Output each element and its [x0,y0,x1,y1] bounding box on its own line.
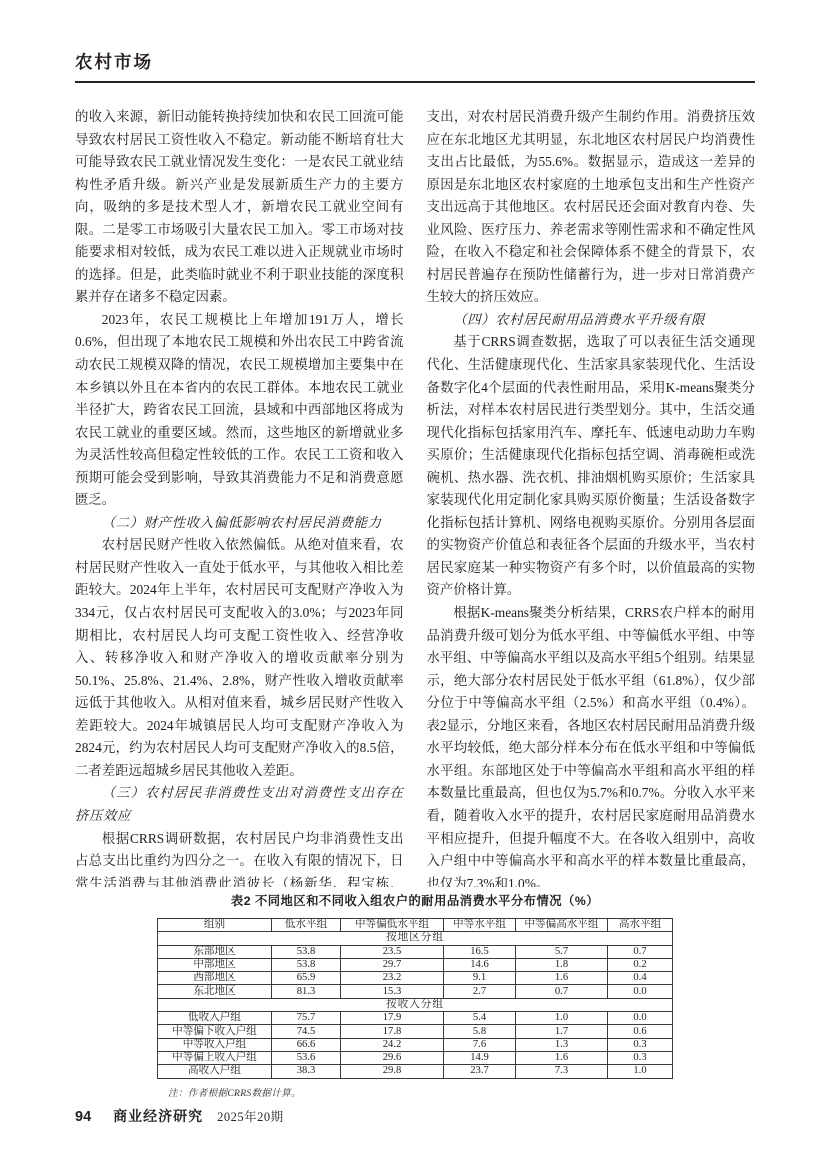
table-cell: 0.7 [608,945,673,958]
table-cell: 24.2 [341,1038,444,1051]
table-cell: 1.8 [516,958,608,971]
left-text-column: 的收入来源，新旧动能转换持续加快和农民工回流可能导致农村居民工资性收入不稳定。新… [75,106,404,887]
table-header-row: 组别低水平组中等偏低水平组中等水平组中等偏高水平组高水平组 [158,919,673,932]
table-cell: 15.3 [341,985,444,998]
issue-label: 2025年20期 [217,1107,284,1125]
column-header: 中等偏低水平组 [341,919,444,932]
table-cell: 23.5 [341,945,444,958]
table-cell: 29.6 [341,1051,444,1064]
table-cell: 1.0 [608,1065,673,1078]
table-cell: 17.8 [341,1025,444,1038]
group-label: 按收入分组 [158,998,673,1011]
table-cell: 16.5 [444,945,516,958]
page-number: 94 [75,1109,91,1125]
table-row: 中部地区53.829.714.61.80.2 [158,958,673,971]
table-cell: 0.0 [608,1012,673,1025]
table-row: 东北地区81.315.32.70.70.0 [158,985,673,998]
table-cell: 81.3 [272,985,341,998]
page-header: 农村市场 [75,52,755,83]
table-cell: 东北地区 [158,985,272,998]
journal-page: 农村市场 的收入来源，新旧动能转换持续加快和农民工回流可能导致农村居民工资性收入… [0,0,827,1169]
table-cell: 0.0 [608,985,673,998]
table-cell: 0.4 [608,972,673,985]
table-cell: 中等偏上收入户组 [158,1051,272,1064]
table-cell: 1.7 [516,1025,608,1038]
table-cell: 74.5 [272,1025,341,1038]
table-cell: 65.9 [272,972,341,985]
paragraph: 根据CRRS调研数据，农村居民户均非消费性支出占总支出比重约为四分之一。在收入有… [75,828,404,888]
table-cell: 西部地区 [158,972,272,985]
table-row: 高收入户组38.329.823.77.31.0 [158,1065,673,1078]
paragraph: 农村居民财产性收入依然偏低。从绝对值来看，农村居民财产性收入一直处于低水平，与其… [75,534,404,782]
paragraph: 基于CRRS调查数据，选取了可以表征生活交通现代化、生活健康现代化、生活家具家装… [427,331,756,602]
table-cell: 14.6 [444,958,516,971]
table-cell: 中部地区 [158,958,272,971]
table-row: 东部地区53.823.516.55.70.7 [158,945,673,958]
table-cell: 0.2 [608,958,673,971]
paragraph: 支出，对农村居民消费升级产生制约作用。消费挤压效应在东北地区尤其明显，东北地区农… [427,106,756,309]
table-cell: 66.6 [272,1038,341,1051]
table-note: 注：作者根据CRRS数据计算。 [168,1085,755,1099]
group-header-row: 按地区分组 [158,932,673,945]
table-cell: 中等偏下收入户组 [158,1025,272,1038]
table-cell: 53.8 [272,958,341,971]
column-header: 组别 [158,919,272,932]
right-text-column: 支出，对农村居民消费升级产生制约作用。消费挤压效应在东北地区尤其明显，东北地区农… [427,106,756,887]
section-title: 农村市场 [75,52,755,72]
table-cell: 1.6 [516,1051,608,1064]
table-row: 中等偏下收入户组74.517.85.81.70.6 [158,1025,673,1038]
table-cell: 2.7 [444,985,516,998]
table-cell: 5.8 [444,1025,516,1038]
column-header: 中等水平组 [444,919,516,932]
durables-distribution-table: 组别低水平组中等偏低水平组中等水平组中等偏高水平组高水平组 按地区分组东部地区5… [157,918,673,1079]
table-cell: 中等收入户组 [158,1038,272,1051]
table-cell: 53.6 [272,1051,341,1064]
table-caption: 表2 不同地区和不同收入组农户的耐用品消费水平分布情况（%） [75,891,755,909]
column-header: 中等偏高水平组 [516,919,608,932]
journal-name: 商业经济研究 [113,1106,203,1126]
table-cell: 5.4 [444,1012,516,1025]
table-cell: 17.9 [341,1012,444,1025]
table-cell: 0.6 [608,1025,673,1038]
table-row: 中等偏上收入户组53.629.614.91.60.3 [158,1051,673,1064]
paragraph: 2023年，农民工规模比上年增加191万人，增长0.6%，但出现了本地农民工规模… [75,309,404,512]
section-heading: （四）农村居民耐用品消费水平升级有限 [427,309,756,332]
table-cell: 29.7 [341,958,444,971]
table-cell: 14.9 [444,1051,516,1064]
column-header: 低水平组 [272,919,341,932]
group-header-row: 按收入分组 [158,998,673,1011]
table-cell: 低收入户组 [158,1012,272,1025]
section-heading: （二）财产性收入偏低影响农村居民消费能力 [75,512,404,535]
table-area: 表2 不同地区和不同收入组农户的耐用品消费水平分布情况（%） 组别低水平组中等偏… [75,891,755,1099]
table-cell: 7.6 [444,1038,516,1051]
table-cell: 高收入户组 [158,1065,272,1078]
column-header: 高水平组 [608,919,673,932]
table-cell: 53.8 [272,945,341,958]
page-footer: 94 商业经济研究 2025年20期 [75,1106,284,1126]
table-cell: 5.7 [516,945,608,958]
paragraph: 的收入来源，新旧动能转换持续加快和农民工回流可能导致农村居民工资性收入不稳定。新… [75,106,404,309]
table-cell: 9.1 [444,972,516,985]
section-heading: （三）农村居民非消费性支出对消费性支出存在挤压效应 [75,782,404,827]
table-cell: 东部地区 [158,945,272,958]
paragraph: 根据K-means聚类分析结果，CRRS农户样本的耐用品消费升级可划分为低水平组… [427,602,756,887]
table-cell: 0.7 [516,985,608,998]
table-cell: 29.8 [341,1065,444,1078]
group-label: 按地区分组 [158,932,673,945]
table-cell: 1.0 [516,1012,608,1025]
table-cell: 75.7 [272,1012,341,1025]
table-cell: 0.3 [608,1051,673,1064]
table-cell: 1.3 [516,1038,608,1051]
table-row: 中等收入户组66.624.27.61.30.3 [158,1038,673,1051]
table-cell: 0.3 [608,1038,673,1051]
table-cell: 7.3 [516,1065,608,1078]
article-body: 的收入来源，新旧动能转换持续加快和农民工回流可能导致农村居民工资性收入不稳定。新… [75,106,755,887]
table-cell: 1.6 [516,972,608,985]
table-cell: 38.3 [272,1065,341,1078]
table-cell: 23.7 [444,1065,516,1078]
table-row: 低收入户组75.717.95.41.00.0 [158,1012,673,1025]
table-cell: 23.2 [341,972,444,985]
table-row: 西部地区65.923.29.11.60.4 [158,972,673,985]
